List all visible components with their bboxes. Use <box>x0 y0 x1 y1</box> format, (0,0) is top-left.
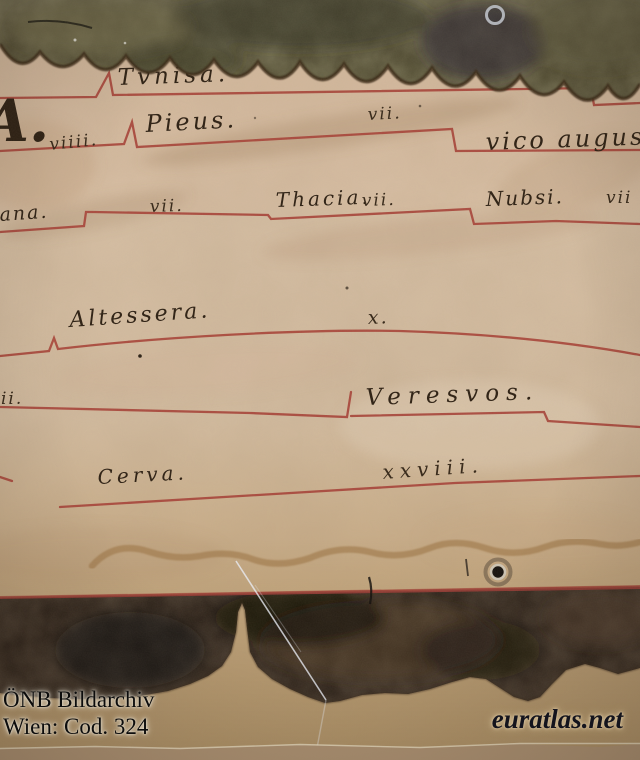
manuscript-map-photo: Tvnisa. x. A. viiii. Pieus. vii. vico au… <box>0 0 640 760</box>
archive-caption-line2: Wien: Cod. 324 <box>3 713 154 740</box>
archive-caption-line1: ÖNB Bildarchiv <box>3 686 154 713</box>
archive-caption: ÖNB Bildarchiv Wien: Cod. 324 <box>3 686 154 740</box>
vignette <box>0 0 640 760</box>
watermark-euratlas: euratlas.net <box>492 704 623 735</box>
map-scene: Tvnisa. x. A. viiii. Pieus. vii. vico au… <box>0 0 640 760</box>
